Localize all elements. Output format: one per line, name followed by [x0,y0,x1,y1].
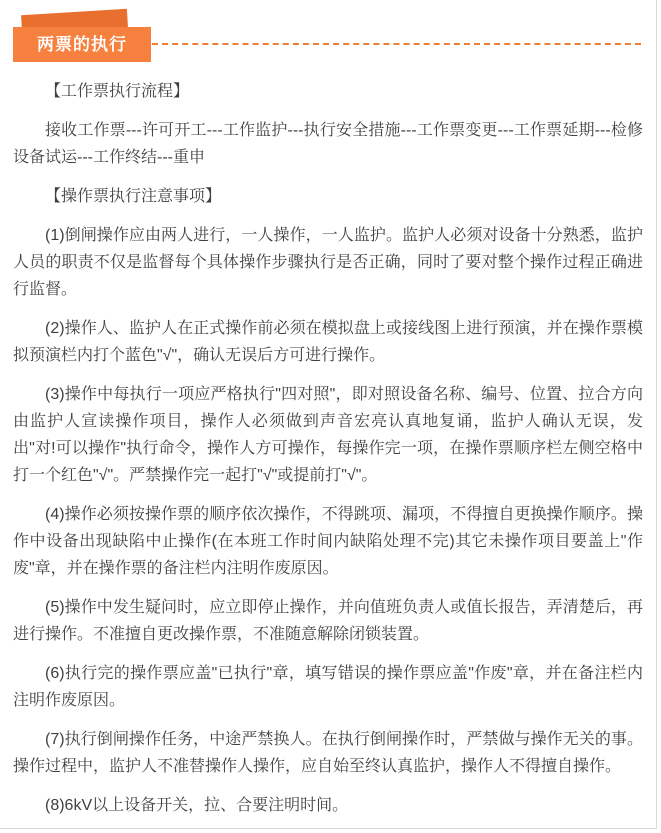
note-item-3: (3)操作中每执行一项应严格执行"四对照"，即对照设备名称、编号、位置、拉合方向… [13,381,643,489]
note-item-2: (2)操作人、监护人在正式操作前必须在模拟盘上或接线图上进行预演，并在操作票模拟… [13,315,643,369]
dashed-divider [152,43,641,45]
heading-operation-ticket-notes: 【操作票执行注意事项】 [13,183,643,210]
document-content: 【工作票执行流程】 接收工作票---许可开工---工作监护---执行安全措施--… [0,62,656,819]
section-header: 两票的执行 [0,0,656,62]
note-item-6: (6)执行完的操作票应盖"已执行"章，填写错误的操作票应盖"作废"章，并在备注栏… [13,660,643,714]
note-item-7: (7)执行倒闸操作任务，中途严禁换人。在执行倒闸操作时，严禁做与操作无关的事。操… [13,726,643,780]
section-ribbon-label: 两票的执行 [13,27,151,62]
heading-work-ticket-flow: 【工作票执行流程】 [13,78,643,105]
note-item-5: (5)操作中发生疑问时，应立即停止操作，并向值班负责人或值长报告，弄清楚后，再进… [13,594,643,648]
note-item-1: (1)倒闸操作应由两人进行，一人操作，一人监护。监护人必须对设备十分熟悉，监护人… [13,222,643,303]
work-ticket-flow-text: 接收工作票---许可开工---工作监护---执行安全措施---工作票变更---工… [13,117,643,171]
document-page: 两票的执行 【工作票执行流程】 接收工作票---许可开工---工作监护---执行… [0,0,657,829]
note-item-4: (4)操作必须按操作票的顺序依次操作，不得跳项、漏项，不得擅自更换操作顺序。操作… [13,501,643,582]
note-item-8: (8)6kV以上设备开关，拉、合要注明时间。 [13,792,643,819]
